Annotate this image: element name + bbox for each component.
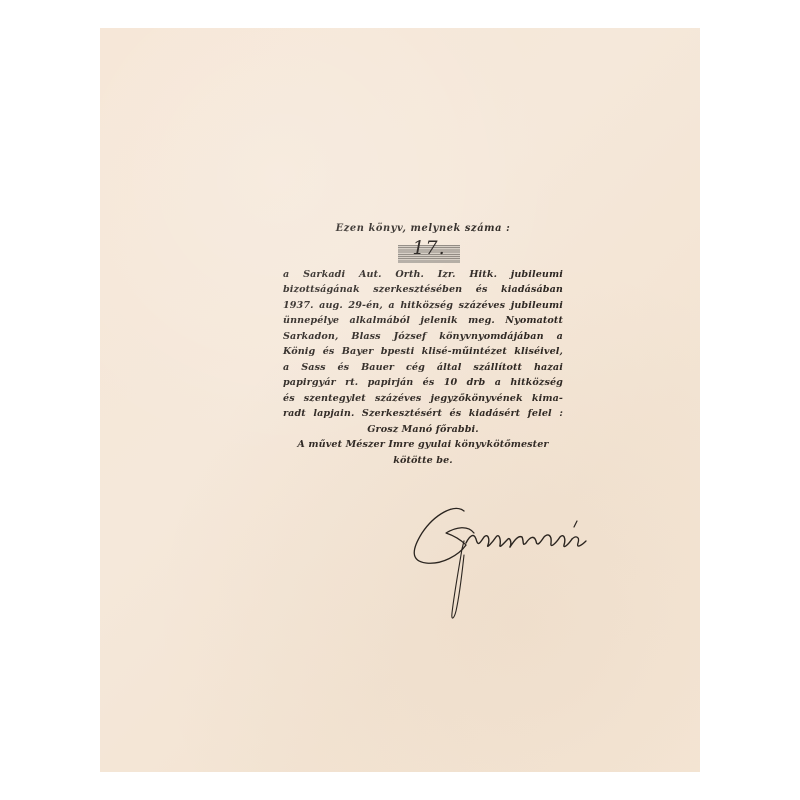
- copy-number: 17.: [398, 241, 460, 257]
- copy-number-box: 17.: [398, 245, 460, 263]
- body-line: papirgyár rt. papirján és 10 drb a hitkö…: [283, 375, 563, 391]
- body-line: ünnepélye alkalmából jelenik meg. Nyomat…: [283, 313, 563, 329]
- body-line: a Sass és Bauer cég által szállított haz…: [283, 360, 563, 376]
- book-page: Ezen könyv, melynek száma : 17. a Sarkad…: [100, 28, 700, 772]
- body-line: 1937. aug. 29-én, a hitközség százéves j…: [283, 298, 563, 314]
- colophon: Ezen könyv, melynek száma : 17. a Sarkad…: [283, 221, 563, 468]
- body-line: a Sarkadi Aut. Orth. Izr. Hitk. jubileum…: [283, 267, 563, 283]
- body-line: és szentegylet százéves jegyzőkönyvének …: [283, 391, 563, 407]
- binder-line-end: kötötte be.: [283, 453, 563, 469]
- signature: [404, 503, 604, 633]
- editor-line: Grosz Manó főrabbi.: [283, 422, 563, 438]
- colophon-body: a Sarkadi Aut. Orth. Izr. Hitk. jubileum…: [283, 267, 563, 422]
- body-line: bizottságának szerkesztésében és kiadásá…: [283, 282, 563, 298]
- binder-line: A művet Mészer Imre gyulai könyvkötőmest…: [283, 437, 563, 453]
- colophon-heading: Ezen könyv, melynek száma :: [283, 221, 563, 237]
- body-line: radt lapjain. Szerkesztésért és kiadásér…: [283, 406, 563, 422]
- body-line: Sarkadon, Blass József könyvnyomdájában …: [283, 329, 563, 345]
- body-line: König és Bayer bpesti klisé-műintézet kl…: [283, 344, 563, 360]
